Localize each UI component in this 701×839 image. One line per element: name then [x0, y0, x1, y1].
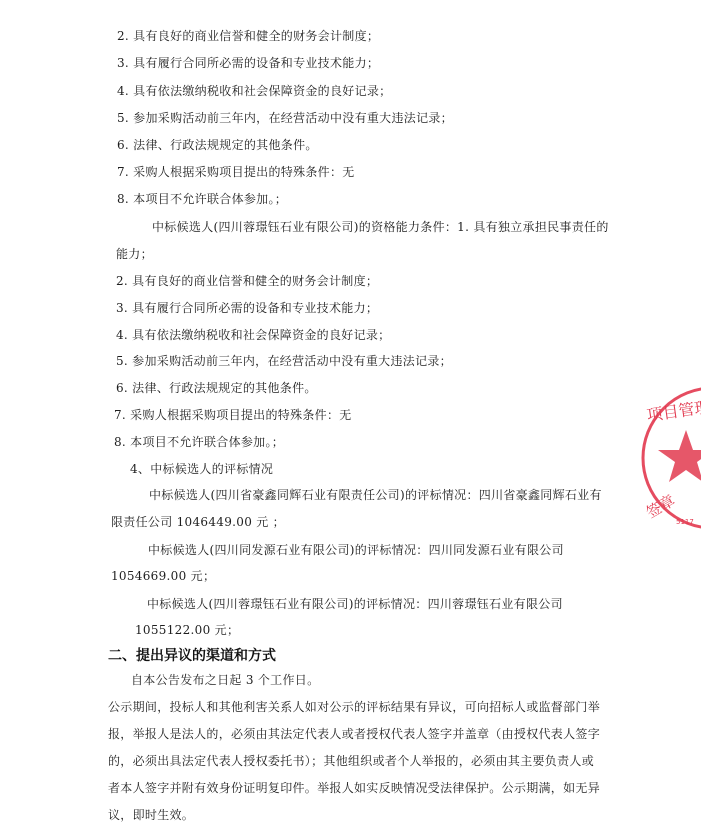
requirement-item-4: 4. 具有依法缴纳税收和社会保障资金的良好记录； — [116, 328, 390, 342]
objection-paragraph-line: 议，即时生效。 — [108, 808, 194, 822]
svg-text:签章: 签章 — [643, 491, 678, 522]
requirement-item-8: 8. 本项目不允许联合体参加。； — [117, 192, 287, 206]
evaluation-3-line2: 1055122.00 元； — [135, 623, 239, 637]
svg-text:5117: 5117 — [676, 518, 694, 526]
objection-paragraph-line: 报，举报人是法人的，必须由其法定代表人或者授权代表人签字并盖章（由授权代表人签字 — [108, 727, 600, 741]
requirement-item-7: 7. 采购人根据采购项目提出的特殊条件：无 — [114, 408, 352, 422]
requirement-item-7: 7. 采购人根据采购项目提出的特殊条件：无 — [117, 165, 355, 179]
requirement-item-6: 6. 法律、行政法规规定的其他条件。 — [116, 381, 317, 395]
requirement-item-2: 2. 具有良好的商业信誉和健全的财务会计制度； — [117, 29, 379, 43]
objection-paragraph-line: 公示期间，投标人和其他利害关系人如对公示的评标结果有异议，可向招标人或监督部门举 — [108, 700, 600, 714]
requirement-item-5: 5. 参加采购活动前三年内，在经营活动中没有重大违法记录； — [117, 111, 453, 125]
official-seal-stamp: 项目管理 签章 5117 — [638, 378, 701, 538]
evaluation-1-line2: 限责任公司 1046449.00 元 ； — [111, 515, 285, 529]
requirement-item-6: 6. 法律、行政法规规定的其他条件。 — [117, 138, 318, 152]
requirement-item-2: 2. 具有良好的商业信誉和健全的财务会计制度； — [116, 274, 378, 288]
candidate-qualification-cont: 能力； — [116, 247, 153, 261]
requirement-item-5: 5. 参加采购活动前三年内，在经营活动中没有重大违法记录； — [116, 354, 452, 368]
requirement-item-3: 3. 具有履行合同所必需的设备和专业技术能力； — [117, 56, 379, 70]
candidate-qualification-intro: 中标候选人(四川蓉璟钰石业有限公司)的资格能力条件：1. 具有独立承担民事责任的 — [152, 220, 609, 234]
objection-paragraph-line: 者本人签字并附有效身份证明复印件。举报人如实反映情况受法律保护。公示期满，如无异 — [108, 781, 600, 795]
objection-period: 自本公告发布之日起 3 个工作日。 — [131, 673, 319, 687]
objection-paragraph-line: 的，必须出具法定代表人授权委托书）；其他组织或者个人举报的，必须由其主要负责人或 — [108, 754, 594, 768]
evaluation-2-line2: 1054669.00 元； — [111, 569, 215, 583]
section-heading-objections: 二、提出异议的渠道和方式 — [108, 648, 276, 664]
requirement-item-8: 8. 本项目不允许联合体参加。； — [114, 435, 284, 449]
requirement-item-4: 4. 具有依法缴纳税收和社会保障资金的良好记录； — [117, 84, 391, 98]
evaluation-1-line1: 中标候选人(四川省豪鑫同辉石业有限责任公司)的评标情况：四川省豪鑫同辉石业有 — [149, 488, 602, 502]
requirement-item-3: 3. 具有履行合同所必需的设备和专业技术能力； — [116, 301, 378, 315]
seal-icon: 项目管理 签章 5117 — [638, 378, 701, 538]
evaluation-heading: 4、中标候选人的评标情况 — [130, 462, 273, 476]
evaluation-3-line1: 中标候选人(四川蓉璟钰石业有限公司)的评标情况：四川蓉璟钰石业有限公司 — [147, 597, 563, 611]
evaluation-2-line1: 中标候选人(四川同发源石业有限公司)的评标情况：四川同发源石业有限公司 — [148, 543, 564, 557]
svg-text:项目管理: 项目管理 — [646, 397, 701, 425]
